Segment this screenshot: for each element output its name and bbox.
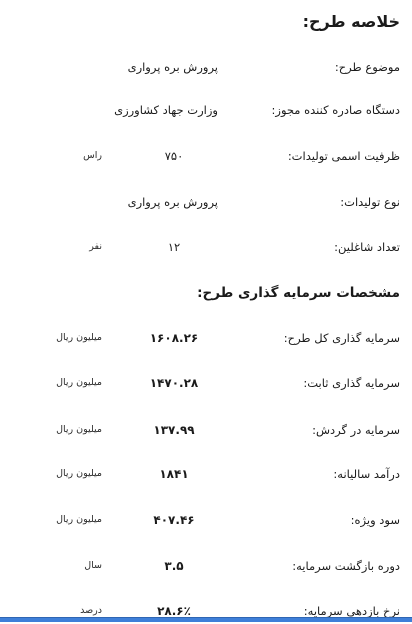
spacer (102, 191, 130, 213)
row-value: پرورش بره پرواری (130, 56, 218, 78)
row-label: سرمایه گذاری ثابت: (218, 372, 400, 394)
row-nominal-capacity: ظرفیت اسمی تولیدات: ۷۵۰ راس (0, 145, 412, 167)
row-project-subject: موضوع طرح: پرورش بره پرواری (0, 56, 412, 78)
spacer (102, 463, 130, 485)
row-value: ۴۰۷.۴۶ (130, 509, 218, 531)
row-value: وزارت جهاد کشاورزی (130, 99, 218, 121)
row-label: دستگاه صادره کننده مجوز: (218, 99, 400, 121)
row-unit: سال (42, 555, 102, 577)
row-value: ۱۳۷.۹۹ (130, 419, 218, 441)
spacer (102, 145, 130, 167)
row-unit: میلیون ریال (42, 463, 102, 485)
row-unit: میلیون ریال (42, 419, 102, 441)
row-unit: میلیون ریال (42, 327, 102, 349)
spacer (102, 327, 130, 349)
row-value: ۱۴۷۰.۲۸ (130, 372, 218, 394)
row-fixed-investment: سرمایه گذاری ثابت: ۱۴۷۰.۲۸ میلیون ریال (0, 372, 412, 394)
row-label: سود ویژه: (218, 509, 400, 531)
spacer (102, 56, 130, 78)
row-value: پرورش بره پرواری (130, 191, 218, 213)
row-label: ظرفیت اسمی تولیدات: (218, 145, 400, 167)
row-annual-income: درآمد سالیانه: ۱۸۴۱ میلیون ریال (0, 463, 412, 485)
row-label: نوع تولیدات: (218, 191, 400, 213)
row-unit (42, 56, 102, 78)
row-label: سرمایه در گردش: (218, 419, 400, 441)
row-net-profit: سود ویژه: ۴۰۷.۴۶ میلیون ریال (0, 509, 412, 531)
spacer (102, 236, 130, 258)
row-label: تعداد شاغلین: (218, 236, 400, 258)
row-license-agency: دستگاه صادره کننده مجوز: وزارت جهاد کشاو… (0, 99, 412, 121)
row-production-type: نوع تولیدات: پرورش بره پرواری (0, 191, 412, 213)
row-unit: نفر (42, 236, 102, 258)
bottom-divider-rule (0, 617, 412, 622)
page-title: خلاصه طرح: (12, 8, 400, 36)
row-label: درآمد سالیانه: (218, 463, 400, 485)
row-value: ۷۵۰ (130, 145, 218, 167)
section-heading-investment: مشخصات سرمایه گذاری طرح: (12, 282, 400, 304)
row-unit: راس (42, 145, 102, 167)
row-working-capital: سرمایه در گردش: ۱۳۷.۹۹ میلیون ریال (0, 419, 412, 441)
document-page: خلاصه طرح: موضوع طرح: پرورش بره پرواری د… (0, 0, 412, 624)
spacer (102, 509, 130, 531)
row-unit (42, 191, 102, 213)
spacer (102, 99, 130, 121)
row-value: ۱۶۰۸.۲۶ (130, 327, 218, 349)
row-label: سرمایه گذاری کل طرح: (218, 327, 400, 349)
row-value: ۱۲ (130, 236, 218, 258)
row-employee-count: تعداد شاغلین: ۱۲ نفر (0, 236, 412, 258)
row-unit: میلیون ریال (42, 372, 102, 394)
row-label: دوره بازگشت سرمایه: (218, 555, 400, 577)
row-payback-period: دوره بازگشت سرمایه: ۳.۵ سال (0, 555, 412, 577)
row-value: ۱۸۴۱ (130, 463, 218, 485)
spacer (102, 372, 130, 394)
spacer (102, 419, 130, 441)
row-value: ۳.۵ (130, 555, 218, 577)
spacer (102, 555, 130, 577)
row-label: موضوع طرح: (218, 56, 400, 78)
row-unit: میلیون ریال (42, 509, 102, 531)
row-total-investment: سرمایه گذاری کل طرح: ۱۶۰۸.۲۶ میلیون ریال (0, 327, 412, 349)
row-unit (42, 99, 102, 121)
